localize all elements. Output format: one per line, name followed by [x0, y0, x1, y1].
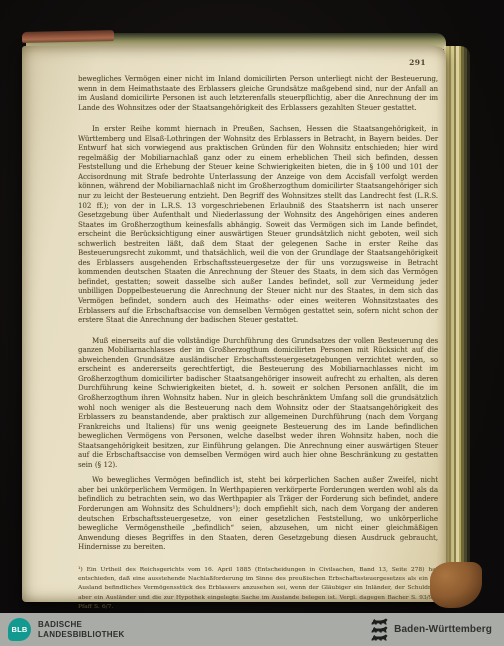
- scan-viewport: 291 bewegliches Vermögen einer nicht im …: [0, 0, 504, 646]
- state-name-label: Baden-Württemberg: [394, 624, 492, 635]
- library-name-line1: BADISCHE: [38, 620, 125, 630]
- state-brand: Baden-Württemberg: [371, 618, 492, 642]
- blb-logo-text: BLB: [11, 625, 27, 634]
- book-corner-top-left: [22, 30, 114, 43]
- library-name-line2: LANDESBIBLIOTHEK: [38, 630, 125, 640]
- body-paragraph: bewegliches Vermögen einer nicht im Inla…: [78, 75, 438, 113]
- page-number: 291: [78, 58, 438, 67]
- book-corner-bottom-right: [430, 562, 482, 608]
- blb-logo-icon: BLB: [8, 618, 31, 641]
- book-page: 291 bewegliches Vermögen einer nicht im …: [22, 46, 446, 602]
- library-name: BADISCHE LANDESBIBLIOTHEK: [38, 620, 125, 639]
- three-lions-icon: [371, 618, 388, 642]
- book-photo: 291 bewegliches Vermögen einer nicht im …: [16, 30, 468, 608]
- body-paragraph: Wo bewegliches Vermögen befindlich ist, …: [78, 476, 438, 552]
- library-footer: BLB BADISCHE LANDESBIBLIOTHEK Baden-Würt…: [0, 613, 504, 646]
- library-brand: BLB BADISCHE LANDESBIBLIOTHEK: [8, 618, 125, 641]
- body-paragraph: Muß einerseits auf die vollständige Durc…: [78, 337, 438, 471]
- book-fore-edge: [444, 46, 470, 596]
- body-paragraph: In erster Reihe kommt hiernach in Preuße…: [78, 125, 438, 325]
- footnote: ¹) Ein Urtheil des Reichsgerichts vom 16…: [78, 566, 438, 612]
- page-text-block: 291 bewegliches Vermögen einer nicht im …: [78, 58, 438, 620]
